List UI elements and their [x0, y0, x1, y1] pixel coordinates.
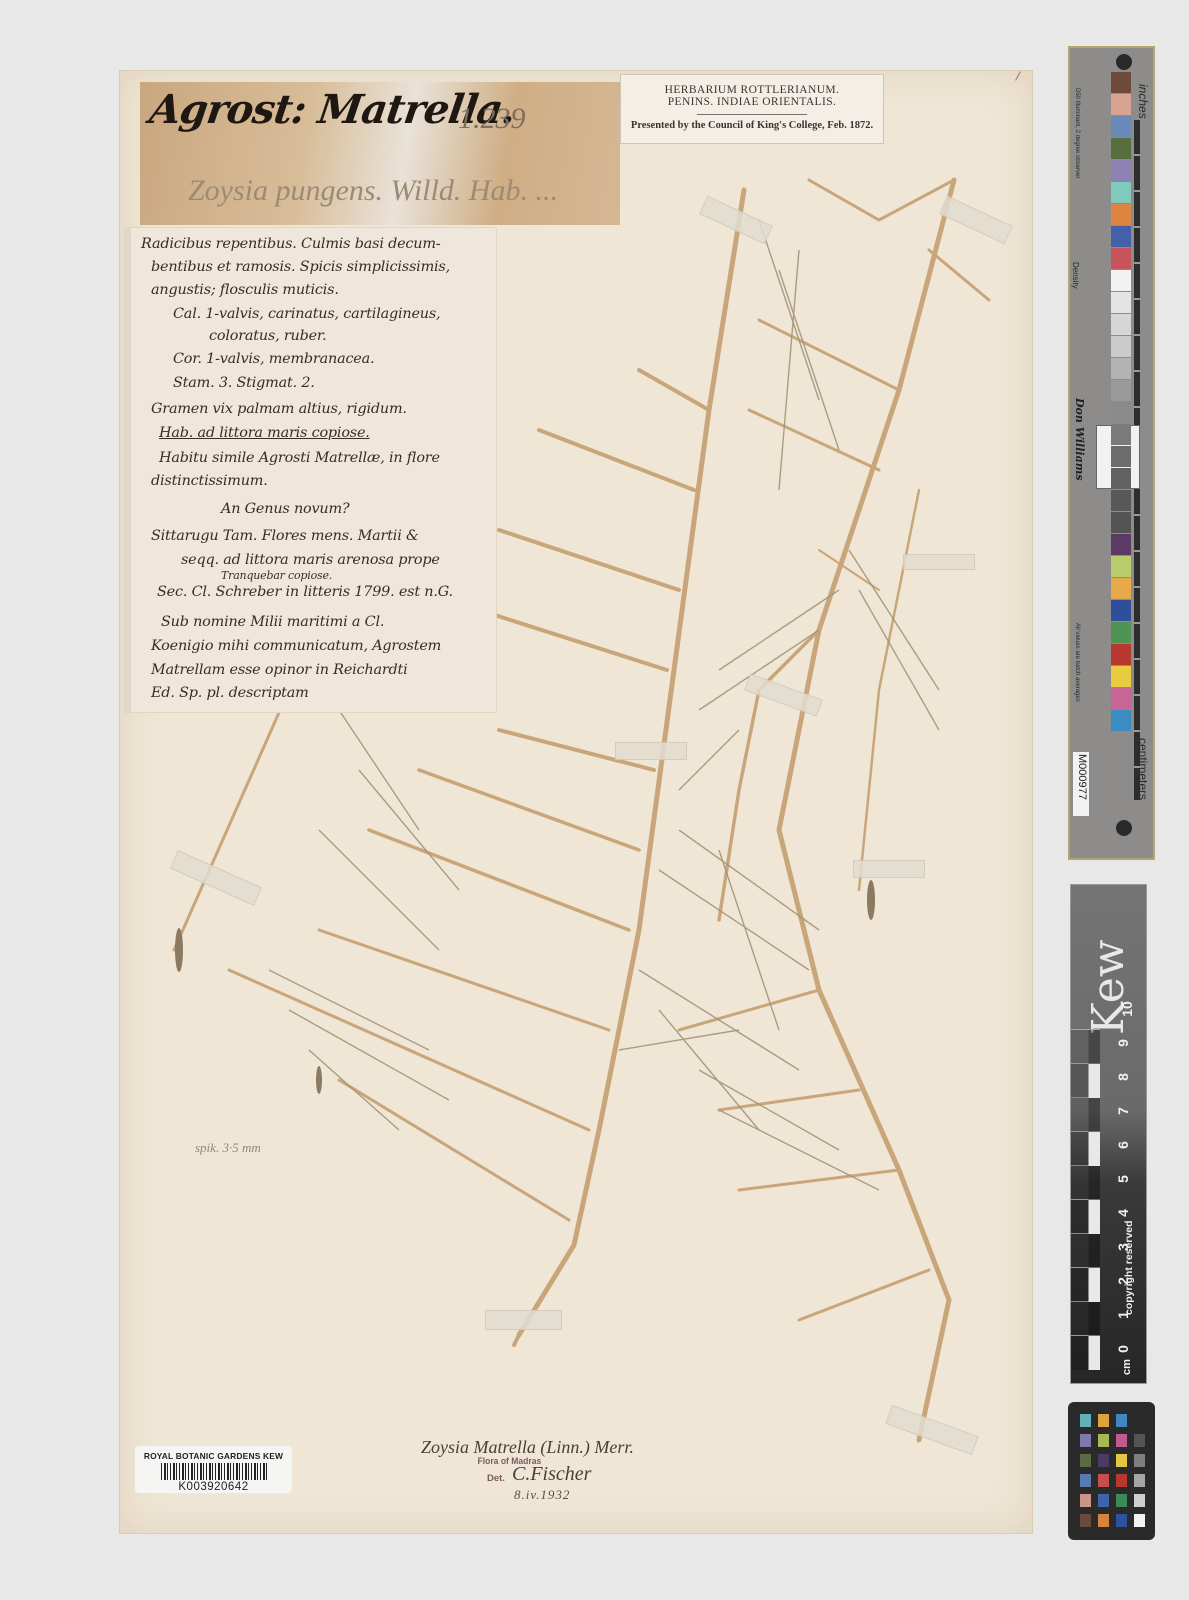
kew-scale-bar: Kew copyright reserved cm 012345678910 [1070, 884, 1147, 1384]
kew-copyright: copyright reserved [1123, 1220, 1135, 1315]
ruler-color-patch [1111, 204, 1131, 225]
spike-size-note: spik. 3·5 mm [195, 1140, 261, 1156]
ruler-hole [1116, 54, 1132, 70]
determiner-signature: C.Fischer [512, 1463, 591, 1486]
ruler-color-patch [1111, 160, 1131, 181]
mounting-tape [485, 1310, 562, 1330]
color-checker-chip [1098, 1514, 1109, 1527]
color-checker-chip [1116, 1434, 1127, 1447]
mounting-tape [853, 860, 925, 878]
ruler-color-patch [1111, 424, 1131, 445]
color-checker-chip [1116, 1454, 1127, 1467]
kew-unit: cm [1121, 1359, 1133, 1375]
kew-scale-number: 10 [1119, 1001, 1135, 1017]
ruler-centimeters-label: centimeters [1136, 738, 1150, 800]
kew-scale-number: 5 [1115, 1175, 1131, 1183]
kew-scale-segment [1071, 1301, 1100, 1336]
ruler-color-patch [1111, 688, 1131, 709]
kew-scale-number: 8 [1115, 1073, 1131, 1081]
ruler-color-patch [1111, 710, 1131, 731]
ruler-brand: Don Williams [1073, 398, 1086, 481]
ruler-color-patch [1111, 512, 1131, 533]
color-checker-chip [1080, 1514, 1091, 1527]
color-checker-chip [1116, 1474, 1127, 1487]
kew-scale-number: 4 [1115, 1209, 1131, 1217]
ruler-color-patch [1111, 622, 1131, 643]
ruler-color-patch [1111, 380, 1131, 401]
ruler-color-patch [1111, 248, 1131, 269]
color-checker-chip [1098, 1454, 1109, 1467]
kew-scale-segment [1071, 1063, 1100, 1098]
color-checker-chip [1116, 1414, 1127, 1427]
ruler-average-note: All values are batch averages [1074, 623, 1080, 702]
barcode-number: K003920642 [135, 1481, 292, 1493]
handwritten-note-card: Radicibus repentibus. Culmis basi decum-… [125, 228, 496, 712]
original-label-annotation: Zoysia pungens. Willd. Hab. ... [188, 174, 558, 208]
ruler-color-patch [1111, 446, 1131, 467]
printed-label: HERBARIUM ROTTLERIANUM. PENINS. INDIAE O… [620, 74, 884, 144]
ruler-color-patch [1111, 644, 1131, 665]
note-line: coloratus, ruber. [209, 328, 326, 344]
printed-label-line2: PENINS. INDIAE ORIENTALIS. [621, 96, 883, 108]
ruler-hole [1116, 820, 1132, 836]
color-checker-chip [1134, 1514, 1145, 1527]
note-line: angustis; flosculis muticis. [151, 282, 339, 298]
kew-logo: Kew [1083, 940, 1134, 1035]
ruler-color-patch [1111, 138, 1131, 159]
kew-scale-number: 1 [1115, 1311, 1131, 1319]
ruler-color-patch [1111, 490, 1131, 511]
kew-scale-number: 9 [1115, 1039, 1131, 1047]
color-checker-card [1068, 1402, 1155, 1540]
ruler-color-patch [1111, 534, 1131, 555]
kew-scale-number: 6 [1115, 1141, 1131, 1149]
ruler-color-patch [1111, 72, 1131, 93]
ruler-color-patch [1111, 578, 1131, 599]
ruler-color-patch [1111, 116, 1131, 137]
note-line: Matrellam esse opinor in Reichardti [151, 662, 408, 678]
ruler-color-patch [1111, 226, 1131, 247]
note-line: Stam. 3. Stigmat. 2. [173, 375, 315, 391]
note-line: Hab. ad littora maris copiose. [159, 425, 370, 441]
kew-scale-segment [1071, 1131, 1100, 1166]
original-label: Agrost: Matrella. 1.239 Zoysia pungens. … [140, 82, 620, 225]
ruler-standard-note: D50 Illuminant, 2 degree observer [1074, 88, 1080, 178]
kew-scale-number: 3 [1115, 1243, 1131, 1251]
note-line: Sec. Cl. Schreber in litteris 1799. est … [157, 584, 453, 600]
ruler-color-patch [1111, 336, 1131, 357]
color-checker-chip [1080, 1434, 1091, 1447]
determination-det-label: Det. [487, 1473, 505, 1484]
original-label-number: 1.239 [458, 102, 526, 136]
ruler-id: M000977 [1076, 754, 1088, 800]
kew-scale-segment [1071, 1165, 1100, 1200]
note-line: distinctissimum. [151, 473, 268, 489]
color-checker-chip [1098, 1414, 1109, 1427]
color-checker-chip [1080, 1474, 1091, 1487]
determination-name: Zoysia Matrella (Linn.) Merr. [421, 1437, 634, 1458]
note-line: Cal. 1-valvis, carinatus, cartilagineus, [173, 306, 440, 322]
kew-scale-segment [1071, 1233, 1100, 1268]
note-line: Ed. Sp. pl. descriptam [151, 685, 309, 701]
note-line: Gramen vix palmam altius, rigidum. [151, 401, 407, 417]
printed-label-line3: Presented by the Council of King's Colle… [621, 120, 883, 131]
determination-date: 8.iv.1932 [514, 1487, 570, 1503]
ruler-id-tag: M000977 [1073, 752, 1089, 816]
barcode-icon [161, 1463, 267, 1480]
kew-scale-number: 7 [1115, 1107, 1131, 1115]
note-line: seqq. ad littora maris arenosa prope [181, 552, 440, 568]
color-checker-chip [1098, 1474, 1109, 1487]
color-checker-chip [1134, 1434, 1145, 1447]
ruler-color-patch [1111, 182, 1131, 203]
printed-label-rule [697, 114, 807, 115]
kew-scale-segment [1071, 1097, 1100, 1132]
mounting-tape [903, 554, 975, 570]
ruler-inches-label: inches [1136, 84, 1150, 119]
note-line: Cor. 1-valvis, membranacea. [173, 351, 374, 367]
ruler-color-patch [1111, 314, 1131, 335]
kew-scale-segment [1071, 1029, 1100, 1064]
note-line: Sub nomine Milii maritimi a Cl. [161, 614, 384, 630]
color-checker-chip [1116, 1494, 1127, 1507]
note-line: Sittarugu Tam. Flores mens. Martii & [151, 528, 419, 544]
mounting-tape [615, 742, 687, 760]
ruler-color-patch [1111, 402, 1131, 423]
barcode-label: ROYAL BOTANIC GARDENS KEW K003920642 [135, 1446, 292, 1493]
color-checker-chip [1080, 1454, 1091, 1467]
kew-scale-number: 2 [1115, 1277, 1131, 1285]
note-line: Radicibus repentibus. Culmis basi decum- [141, 236, 440, 252]
color-checker-chip [1134, 1454, 1145, 1467]
color-checker-chip [1098, 1434, 1109, 1447]
kew-scale-number: 0 [1115, 1345, 1131, 1353]
color-calibration-ruler: inches centimeters Density D50 Illuminan… [1068, 46, 1155, 860]
ruler-color-patch [1111, 94, 1131, 115]
color-checker-chip [1134, 1474, 1145, 1487]
kew-scale-segment [1071, 1335, 1100, 1370]
ruler-color-patch [1111, 358, 1131, 379]
ruler-color-patch [1111, 556, 1131, 577]
note-line: Koenigio mihi communicatum, Agrostem [151, 638, 441, 654]
ruler-color-patch [1111, 292, 1131, 313]
color-checker-chip [1134, 1494, 1145, 1507]
note-line: bentibus et ramosis. Spicis simplicissim… [151, 259, 450, 275]
ruler-color-patch [1111, 270, 1131, 291]
color-checker-chip [1116, 1514, 1127, 1527]
ruler-color-patch [1111, 600, 1131, 621]
kew-scale-segment [1071, 1267, 1100, 1302]
note-line: An Genus novum? [221, 501, 349, 517]
note-line: Tranquebar copiose. [221, 569, 332, 582]
ruler-color-patch [1111, 468, 1131, 489]
ruler-color-patch [1111, 666, 1131, 687]
barcode-organization: ROYAL BOTANIC GARDENS KEW [135, 1451, 292, 1461]
color-checker-chip [1080, 1494, 1091, 1507]
note-line: Habitu simile Agrosti Matrellæ, in flore [159, 450, 440, 466]
ruler-density-label: Density [1071, 262, 1080, 289]
color-checker-chip [1134, 1414, 1145, 1427]
color-checker-chip [1080, 1414, 1091, 1427]
printed-label-line1: HERBARIUM ROTTLERIANUM. [621, 84, 883, 96]
kew-scale-segment [1071, 1199, 1100, 1234]
color-checker-chip [1098, 1494, 1109, 1507]
